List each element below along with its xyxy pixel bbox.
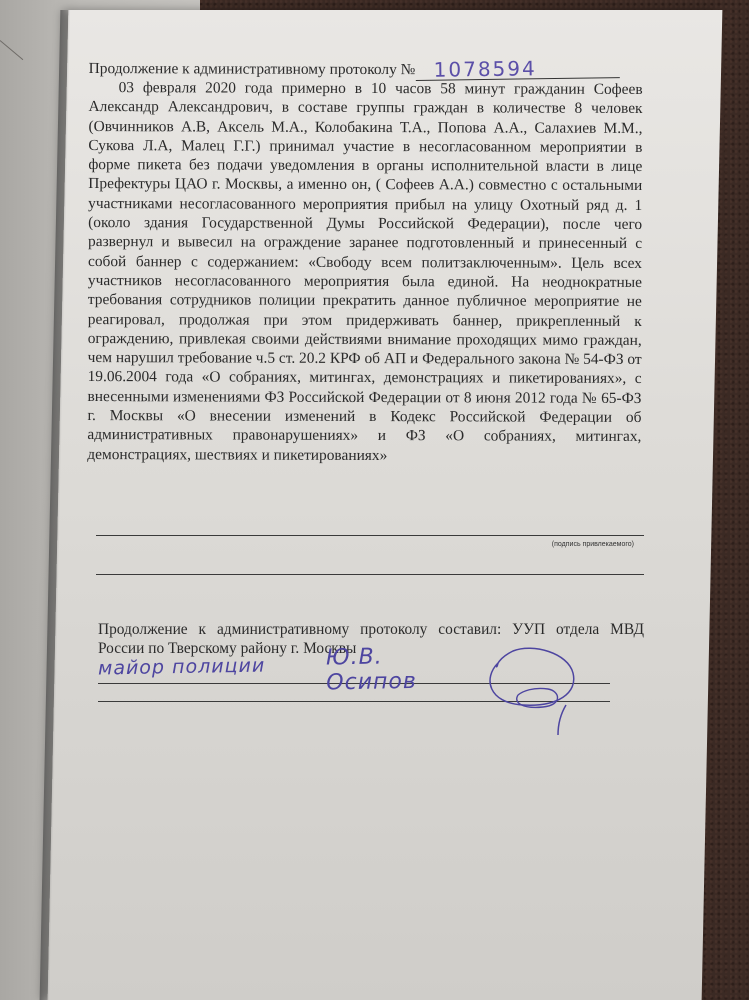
protocol-content: Продолжение к административному протокол… (87, 57, 642, 466)
signature-line-2 (96, 574, 644, 575)
handwritten-officer: майор полиции Ю.В. Осипов (98, 655, 266, 680)
protocol-number: 1078594 (415, 57, 619, 81)
protocol-header: Продолжение к административному протокол… (89, 57, 643, 80)
signature-caption: (подпись привлекаемого) (96, 541, 644, 548)
signature-scribble-icon (478, 643, 628, 738)
signature-line (96, 535, 644, 536)
signature-block: (подпись привлекаемого) (96, 535, 644, 575)
header-label: Продолжение к административному протокол… (89, 59, 416, 79)
fold-line (0, 40, 23, 60)
handwritten-rank: майор полиции (98, 655, 266, 680)
handwritten-name: Ю.В. Осипов (326, 644, 417, 696)
protocol-body: 03 февраля 2020 года примерно в 10 часов… (87, 78, 642, 466)
